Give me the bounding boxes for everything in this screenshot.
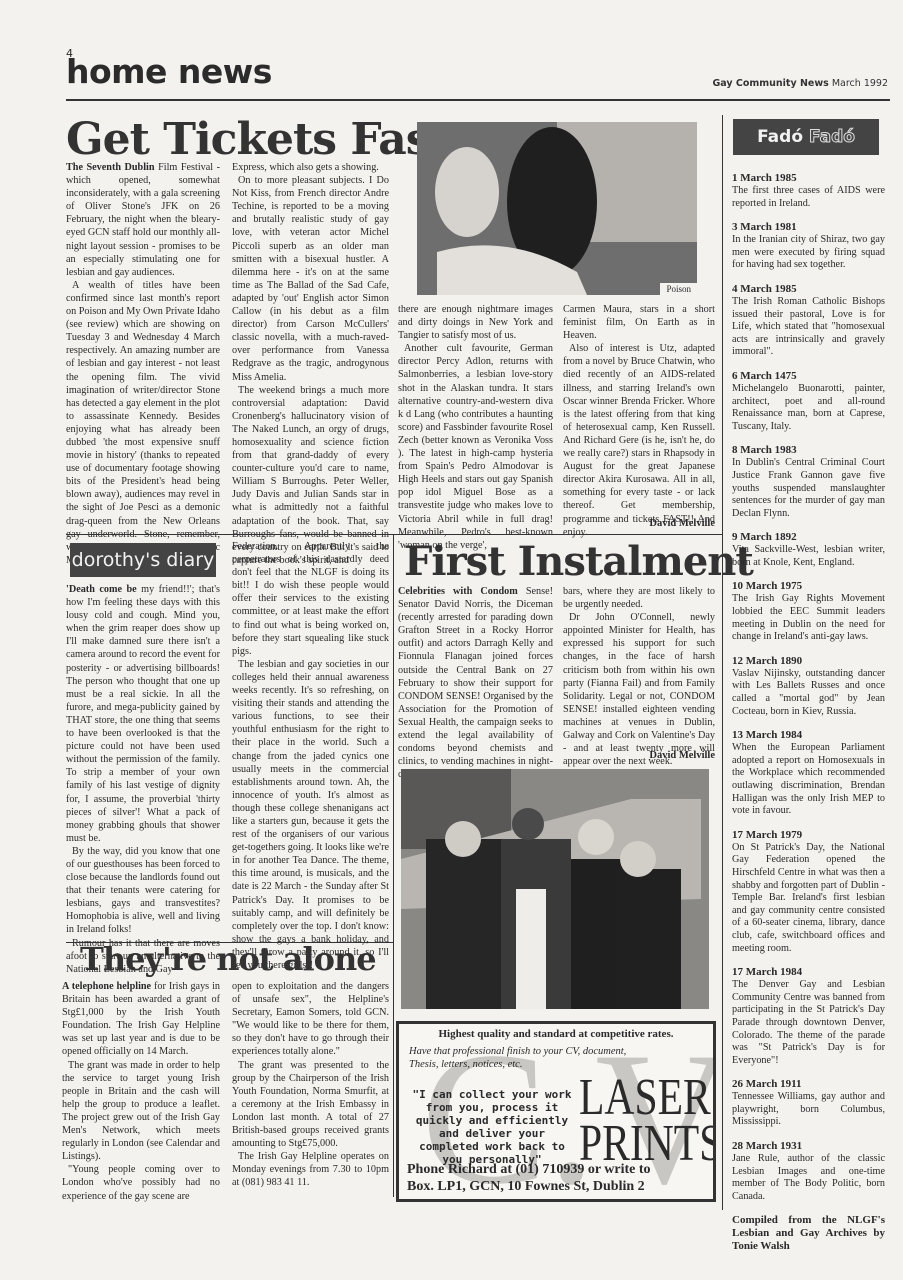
paragraph: Also of interest is Utz, adapted from a … xyxy=(563,342,715,538)
fado-entry: 13 March 1984When the European Parliamen… xyxy=(732,729,885,818)
fado-entry: 26 March 1911Tennessee Williams, gay aut… xyxy=(732,1078,885,1129)
badge-label-outline: Fadó xyxy=(809,127,855,147)
fado-entry: 9 March 1892Vita Sackville-West, lesbian… xyxy=(732,531,885,569)
tickets-column-4: Carmen Maura, stars in a short feminist … xyxy=(563,303,715,539)
paragraph: The Irish Gay Helpline operates on Monda… xyxy=(232,1150,389,1189)
paragraph: open to exploitation and the dangers of … xyxy=(232,980,389,1059)
paragraph: Dr John O'Connell, newly appointed Minis… xyxy=(563,611,715,768)
paragraph: there are enough nightmare images and di… xyxy=(398,303,553,342)
section-title: home news xyxy=(66,52,272,91)
issue-date: March 1992 xyxy=(832,78,888,89)
diary-column-2: Federation. Apparently the perpetrators … xyxy=(232,540,389,972)
tickets-column-1: The Seventh Dublin Film Festival - which… xyxy=(66,161,220,567)
paragraph: The grant was presented to the group by … xyxy=(232,1059,389,1151)
fado-entry: 17 March 1979On St Patrick's Day, the Na… xyxy=(732,829,885,955)
headline-tickets: Get Tickets Fast xyxy=(66,114,449,165)
paragraph: A wealth of titles have been confirmed s… xyxy=(66,279,220,567)
section-rule xyxy=(66,534,722,535)
photo-image xyxy=(401,769,709,1009)
fado-credit: Compiled from the NLGF's Lesbian and Gay… xyxy=(732,1214,885,1253)
badge-label: dorothy's diary xyxy=(72,549,215,571)
masthead: Gay Community News March 1992 xyxy=(712,78,888,89)
poison-photo: Poison xyxy=(417,122,697,295)
photo-caption: Poison xyxy=(660,283,697,295)
diary-column-1: 'Death come be my friend!!'; that's how … xyxy=(66,583,220,976)
fado-entry: 4 March 1985The Irish Roman Catholic Bis… xyxy=(732,283,885,359)
headline-instalment: First Instalment xyxy=(404,538,753,585)
fado-fado-badge: Fadó Fadó xyxy=(733,119,879,155)
column-divider xyxy=(722,115,723,1210)
badge-label-solid: Fadó xyxy=(757,127,803,147)
ad-phone: Phone Richard at (01) 710939 or write to xyxy=(407,1161,651,1178)
fado-entry: 10 March 1975The Irish Gay Rights Moveme… xyxy=(732,580,885,643)
paragraph: Another cult favourite, German director … xyxy=(398,342,553,552)
tickets-column-3: there are enough nightmare images and di… xyxy=(398,303,553,552)
fado-entry: 6 March 1475Michelangelo Buonarotti, pai… xyxy=(732,370,885,433)
paragraph: On to more pleasant subjects. I Do Not K… xyxy=(232,174,389,384)
paragraph: 'Death come be my friend!!'; that's how … xyxy=(66,583,220,845)
column-divider xyxy=(393,534,394,942)
fado-entry: 28 March 1931Jane Rule, author of the cl… xyxy=(732,1140,885,1203)
publication-name: Gay Community News xyxy=(712,78,828,89)
condom-sense-photo xyxy=(401,769,709,1009)
paragraph: Celebrities with Condom Sense! Senator D… xyxy=(398,585,553,781)
fado-entry: 3 March 1981In the Iranian city of Shira… xyxy=(732,221,885,272)
fado-entry: 12 March 1890Vaslav Nijinsky, outstandin… xyxy=(732,655,885,718)
fado-entry: 17 March 1984The Denver Gay and Lesbian … xyxy=(732,966,885,1067)
instalment-byline: David Melville xyxy=(563,750,715,761)
paragraph: By the way, did you know that one of our… xyxy=(66,845,220,937)
instalment-column-1: Celebrities with Condom Sense! Senator D… xyxy=(398,585,553,781)
fado-entry: 8 March 1983In Dublin's Central Criminal… xyxy=(732,444,885,520)
paragraph: The lesbian and gay societies in our col… xyxy=(232,658,389,972)
fado-list: 1 March 1985The first three cases of AID… xyxy=(732,172,885,1253)
header-rule xyxy=(66,99,890,101)
paragraph: "Young people coming over to London who'… xyxy=(62,1163,220,1202)
paragraph: bars, where they are most likely to be u… xyxy=(563,585,715,611)
alone-column-1: A telephone helpline for Irish gays in B… xyxy=(62,980,220,1203)
paragraph: The grant was made in order to help the … xyxy=(62,1059,220,1164)
paragraph: A telephone helpline for Irish gays in B… xyxy=(62,980,220,1059)
ad-quote: "I can collect your work from you, proce… xyxy=(407,1088,577,1166)
dorothys-diary-badge: dorothy's diary xyxy=(70,543,216,577)
tickets-byline: David Melville xyxy=(563,518,715,529)
paragraph: Carmen Maura, stars in a short feminist … xyxy=(563,303,715,342)
column-divider xyxy=(393,942,394,1197)
photo-image xyxy=(417,122,697,295)
paragraph: The Seventh Dublin Film Festival - which… xyxy=(66,161,220,279)
ad-italic-text: Have that professional finish to your CV… xyxy=(409,1045,634,1071)
instalment-column-2: bars, where they are most likely to be u… xyxy=(563,585,715,768)
tickets-column-2: Express, which also gets a showing. On t… xyxy=(232,161,389,567)
ad-address: Box. LP1, GCN, 10 Fownes St, Dublin 2 xyxy=(407,1178,645,1195)
headline-alone: They're not alone xyxy=(80,940,376,978)
paragraph: Federation. Apparently the perpetrators … xyxy=(232,540,389,658)
fado-entry: 1 March 1985The first three cases of AID… xyxy=(732,172,885,210)
ad-headline: Highest quality and standard at competit… xyxy=(399,1028,713,1040)
paragraph: Express, which also gets a showing. xyxy=(232,161,389,174)
laser-prints-ad: C.V. Highest quality and standard at com… xyxy=(396,1021,716,1202)
alone-column-2: open to exploitation and the dangers of … xyxy=(232,980,389,1190)
